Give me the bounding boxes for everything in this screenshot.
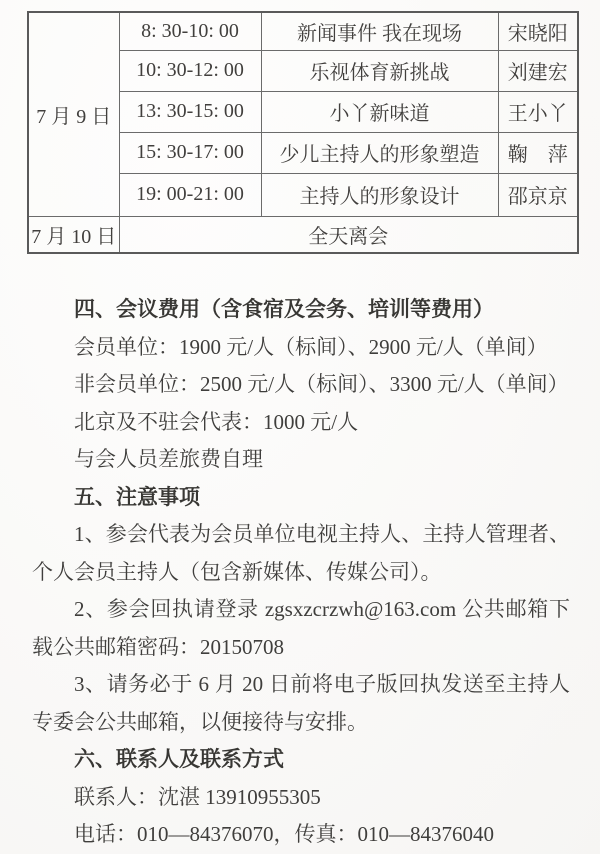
session-title: 新闻事件 我在现场 — [261, 12, 498, 50]
note-item-3: 3、请务必于 6 月 20 日前将电子版回执发送至主持人专委会公共邮箱，以便接待… — [32, 666, 570, 741]
schedule-table: 7 月 9 日 8: 30-10: 00 新闻事件 我在现场 宋晓阳 10: 3… — [27, 11, 579, 254]
session-time: 15: 30-17: 00 — [119, 132, 261, 173]
fee-line-travel: 与会人员差旅费自理 — [32, 441, 570, 479]
session-speaker: 邵京京 — [498, 173, 578, 216]
session-title: 乐视体育新挑战 — [261, 50, 498, 91]
scanned-document-page: 7 月 9 日 8: 30-10: 00 新闻事件 我在现场 宋晓阳 10: 3… — [0, 0, 600, 854]
section-heading-notes: 五、注意事项 — [32, 479, 570, 517]
schedule-date-cell-day2: 7 月 10 日 — [28, 216, 119, 253]
fee-line-member: 会员单位：1900 元/人（标间）、2900 元/人（单间） — [32, 329, 570, 367]
session-title: 少儿主持人的形象塑造 — [261, 132, 498, 173]
contact-person-line: 联系人：沈湛 13910955305 — [32, 779, 570, 817]
session-speaker: 鞠 萍 — [498, 132, 578, 173]
section-heading-contacts: 六、联系人及联系方式 — [32, 741, 570, 779]
session-speaker: 刘建宏 — [498, 50, 578, 91]
note-item-2: 2、参会回执请登录 zgsxzcrzwh@163.com 公共邮箱下载公共邮箱密… — [32, 591, 570, 666]
session-title: 小丫新味道 — [261, 91, 498, 132]
fee-line-beijing: 北京及不驻会代表：1000 元/人 — [32, 404, 570, 442]
fee-line-nonmember: 非会员单位：2500 元/人（标间）、3300 元/人（单间） — [32, 366, 570, 404]
session-speaker: 王小丫 — [498, 91, 578, 132]
schedule-date-cell-day1: 7 月 9 日 — [28, 12, 119, 216]
schedule-row: 7 月 10 日 全天离会 — [28, 216, 578, 253]
session-title: 主持人的形象设计 — [261, 173, 498, 216]
session-time: 10: 30-12: 00 — [119, 50, 261, 91]
contact-phone-line: 电话：010—84376070，传真：010—84376040 — [32, 816, 570, 854]
document-body: 四、会议费用（含食宿及会务、培训等费用） 会员单位：1900 元/人（标间）、2… — [32, 291, 570, 854]
note-item-1: 1、参会代表为会员单位电视主持人、主持人管理者、个人会员主持人（包含新媒体、传媒… — [32, 516, 570, 591]
session-time: 13: 30-15: 00 — [119, 91, 261, 132]
section-heading-fees: 四、会议费用（含食宿及会务、培训等费用） — [32, 291, 570, 329]
schedule-note-cell: 全天离会 — [119, 216, 578, 253]
session-time: 19: 00-21: 00 — [119, 173, 261, 216]
schedule-row: 7 月 9 日 8: 30-10: 00 新闻事件 我在现场 宋晓阳 — [28, 12, 578, 50]
session-speaker: 宋晓阳 — [498, 12, 578, 50]
session-time: 8: 30-10: 00 — [119, 12, 261, 50]
